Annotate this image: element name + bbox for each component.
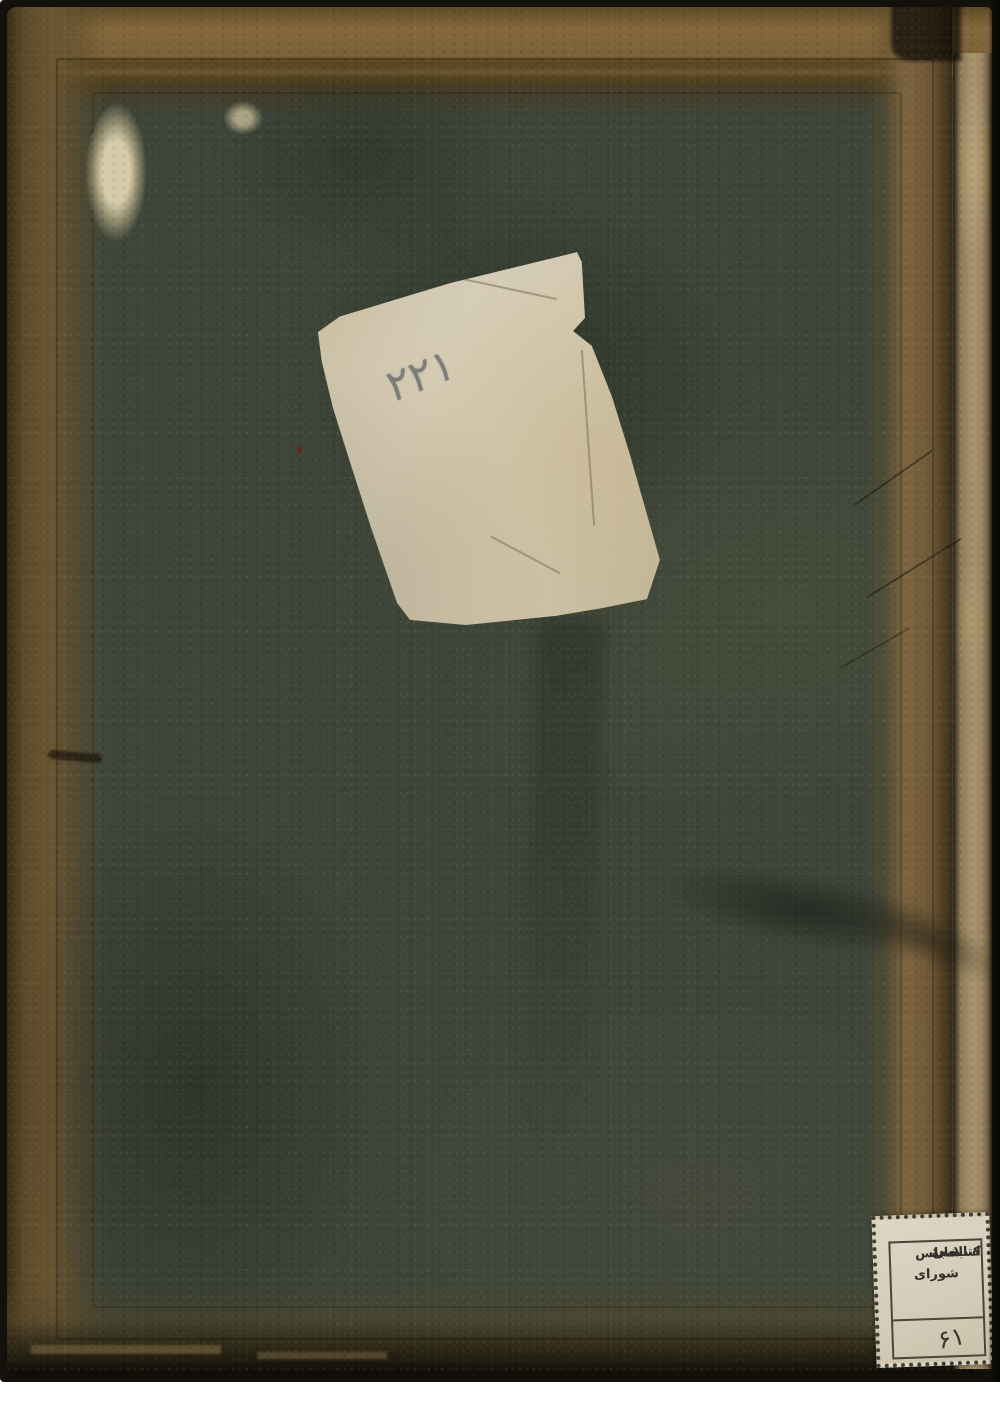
label-handwritten-number: ۲۲۱	[382, 337, 460, 414]
paper-crease	[490, 535, 561, 574]
stamp-line-3: اسلامی	[932, 1242, 981, 1264]
stamp-divider-line	[891, 1316, 985, 1321]
library-stamp: کتابخانۀ مجلس شورای اسلامی ۶۱	[871, 1212, 992, 1368]
right-edge-shadow	[988, 0, 1000, 1382]
stamp-handwritten-number: ۶۱	[935, 1321, 967, 1355]
leather-grain-texture	[7, 7, 992, 1375]
stamp-inner-frame: کتابخانۀ مجلس شورای اسلامی ۶۱	[888, 1238, 986, 1359]
leather-cover: ۲۲۱ کتابخانۀ مجلس شورای اسلامی ۶۱	[7, 7, 992, 1375]
scanned-book-cover-photo: ۲۲۱ کتابخانۀ مجلس شورای اسلامی ۶۱	[0, 0, 1000, 1415]
paper-crease	[581, 350, 595, 526]
stamp-text-block: کتابخانۀ مجلس شورای اسلامی	[890, 1242, 980, 1245]
